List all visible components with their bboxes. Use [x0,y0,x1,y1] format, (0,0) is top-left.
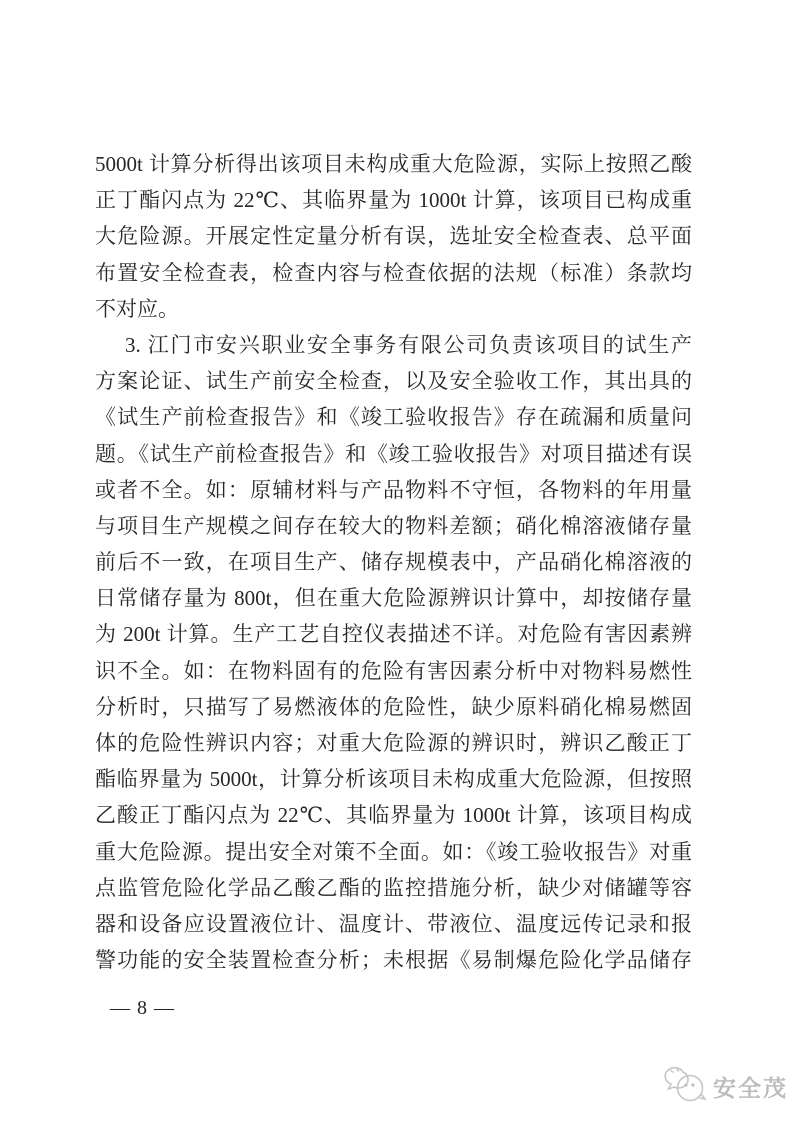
text-line: 酯临界量为 5000t，计算分析该项目未构成重大危险源，但按照 [95,761,692,797]
watermark-label: 安全茂 [713,1070,788,1103]
text-line: 大危险源。开展定性定量分析有误，选址安全检查表、总平面 [95,218,692,254]
text-line: 3. 江门市安兴职业安全事务有限公司负责该项目的试生产 [95,327,692,363]
text-line: 体的危险性辨识内容；对重大危险源的辨识时，辨识乙酸正丁 [95,725,692,761]
text-line: 与项目生产规模之间存在较大的物料差额；硝化棉溶液储存量 [95,508,692,544]
text-line: 方案论证、试生产前安全检查，以及安全验收工作，其出具的 [95,363,692,399]
text-line: 日常储存量为 800t，但在重大危险源辨识计算中，却按储存量 [95,580,692,616]
chat-bubbles-icon [662,1062,708,1111]
text-line: 点监管危险化学品乙酸乙酯的监控措施分析，缺少对储罐等容 [95,870,692,906]
text-line: 器和设备应设置液位计、温度计、带液位、温度远传记录和报 [95,906,692,942]
text-line: 警功能的安全装置检查分析；未根据《易制爆危险化学品储存 [95,942,692,978]
text-line: 重大危险源。提出安全对策不全面。如：《竣工验收报告》对重 [95,834,692,870]
page-number: — 8 — [110,997,175,1020]
text-line: 题。《试生产前检查报告》和《竣工验收报告》对项目描述有误 [95,436,692,472]
text-line: 或者不全。如：原辅材料与产品物料不守恒，各物料的年用量 [95,472,692,508]
text-line: 乙酸正丁酯闪点为 22℃、其临界量为 1000t 计算，该项目构成 [95,797,692,833]
text-line: 5000t 计算分析得出该项目未构成重大危险源，实际上按照乙酸 [95,146,692,182]
text-line: 分析时，只描写了易燃液体的危险性，缺少原料硝化棉易燃固 [95,689,692,725]
text-line: 前后不一致，在项目生产、储存规模表中，产品硝化棉溶液的 [95,544,692,580]
text-line: 为 200t 计算。生产工艺自控仪表描述不详。对危险有害因素辨 [95,616,692,652]
text-line: 正丁酯闪点为 22℃、其临界量为 1000t 计算，该项目已构成重 [95,182,692,218]
text-line: 识不全。如：在物料固有的危险有害因素分析中对物料易燃性 [95,653,692,689]
watermark: 安全茂 [662,1062,788,1111]
text-line: 布置安全检查表，检查内容与检查依据的法规（标准）条款均 [95,255,692,291]
document-page: 5000t 计算分析得出该项目未构成重大危险源，实际上按照乙酸正丁酯闪点为 22… [0,0,793,1122]
document-body: 5000t 计算分析得出该项目未构成重大危险源，实际上按照乙酸正丁酯闪点为 22… [95,146,692,978]
text-line: 不对应。 [95,291,692,327]
text-line: 《试生产前检查报告》和《竣工验收报告》存在疏漏和质量问 [95,399,692,435]
